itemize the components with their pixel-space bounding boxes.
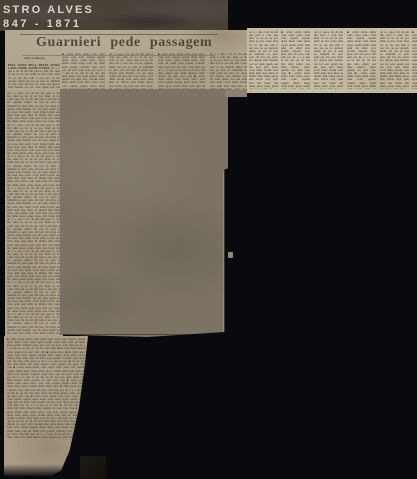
- illegible-byline: sobre a cena um: [24, 57, 58, 62]
- illegible-text-column: ESSA NUMA PELA DESTA AINDA CADA ONDE ASS…: [8, 64, 60, 89]
- album-caption-name: STRO ALVES: [3, 4, 94, 16]
- paper-edge-shadow: [60, 334, 224, 335]
- folded-paper-back: [60, 89, 228, 337]
- illegible-text-column: ■ sobre entre ainda cada outra outro tod…: [158, 53, 205, 90]
- clipping-headline: Guarnieri pede passagem: [36, 35, 212, 51]
- illegible-text-column: ■ sobre entre ainda cada outra outro tod…: [7, 338, 85, 470]
- paper-edge-highlight: [223, 171, 225, 332]
- torn-paper-shadow: [80, 456, 106, 479]
- illegible-text-column: ■ sobre entre ainda cada outra outro tod…: [347, 31, 376, 89]
- album-caption-years: 847 - 1871: [3, 18, 82, 30]
- scrapbook-page: STRO ALVES 847 - 1871 Guarnieri pede pas…: [0, 0, 417, 479]
- newsprint-strip-top-right: de a o que e do da em um para é com não …: [247, 28, 417, 93]
- paper-edge-fragment: [225, 90, 247, 97]
- illegible-text-column: de a o que e do da em um para é com não …: [210, 53, 247, 90]
- illegible-column-body: de a o que e do da em um para é com não …: [8, 66, 60, 89]
- clipping-bottom-column: ■ sobre entre ainda cada outra outro tod…: [4, 336, 88, 476]
- paper-edge-fragment: [228, 252, 233, 258]
- illegible-text-column: de a o que e do da em um para é com não …: [249, 31, 278, 89]
- illegible-text-column: de a o que e do da em um para é com não …: [7, 92, 61, 334]
- illegible-text-column: ■ sobre entre ainda cada outra outro tod…: [62, 53, 105, 90]
- illegible-text-column: de a o que e do da em um para é com não …: [109, 53, 153, 90]
- illegible-text-column: ■ sobre entre ainda cada outra outro tod…: [281, 31, 310, 89]
- clipping-top-block: Guarnieri pede passagem sobre a cena um …: [5, 30, 247, 90]
- album-header-band: STRO ALVES 847 - 1871: [0, 0, 228, 31]
- illegible-text-column: ■ sobre entre ainda cada outra outro tod…: [412, 31, 417, 89]
- illegible-text-column: de a o que e do da em um para é com não …: [380, 31, 409, 89]
- illegible-text-column: de a o que e do da em um para é com não …: [314, 31, 343, 89]
- clipping-left-column: de a o que e do da em um para é com não …: [5, 90, 63, 336]
